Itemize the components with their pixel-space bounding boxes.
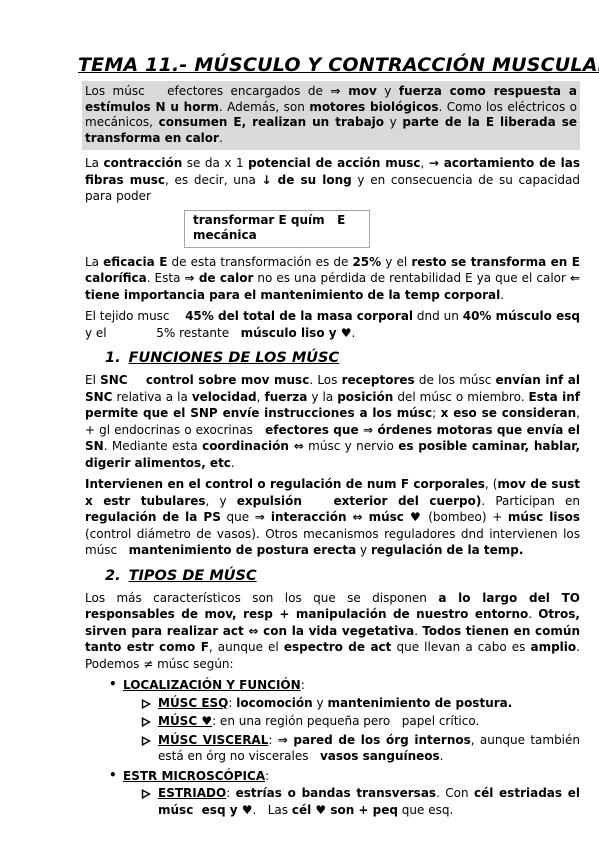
subbullet-text: MÚSC ♥: en una región pequeña pero papel… bbox=[158, 714, 479, 728]
bullet-localizacion-funcion: •LOCALIZACIÓN Y FUNCIÓN: bbox=[85, 677, 580, 694]
subbullet-text: ESTRIADO: estrías o bandas transversas. … bbox=[158, 786, 580, 817]
bullet-header: ESTR MICROSCÓPICA: bbox=[123, 769, 269, 783]
heading-label: FUNCIONES DE LOS MÚSC bbox=[129, 350, 340, 366]
arrowhead-bullet-icon bbox=[141, 736, 151, 746]
bullet-icon: • bbox=[109, 676, 117, 693]
paragraph-tejido-muscular: El tejido musc 45% del total de la masa … bbox=[85, 308, 580, 341]
page-title: TEMA 11.- MÚSCULO Y CONTRACCIÓN MUSCULAR bbox=[78, 54, 580, 76]
heading-label: TIPOS DE MÚSC bbox=[129, 568, 257, 584]
document-page: TEMA 11.- MÚSCULO Y CONTRACCIÓN MUSCULAR… bbox=[0, 0, 599, 818]
arrowhead-bullet-icon bbox=[141, 717, 151, 727]
heading-number: 2. bbox=[105, 568, 121, 584]
bullet-header: LOCALIZACIÓN Y FUNCIÓN: bbox=[123, 678, 305, 692]
paragraph-contraccion: La contracción se da x 1 potencial de ac… bbox=[85, 155, 580, 205]
bullet-estr-microscopica: •ESTR MICROSCÓPICA: bbox=[85, 768, 580, 785]
transform-energy-box: transformar E quím E mecánica bbox=[184, 210, 370, 248]
intro-highlight-paragraph: Los músc efectores encargados de ⇒ mov y… bbox=[82, 81, 580, 150]
subbullet-musc-cardiaco: MÚSC ♥: en una región pequeña pero papel… bbox=[85, 713, 580, 730]
arrowhead-bullet-icon bbox=[141, 699, 151, 709]
paragraph-intervienen: Intervienen en el control o regulación d… bbox=[85, 476, 580, 559]
subbullet-text: MÚSC VISCERAL: ⇒ pared de los órg intern… bbox=[158, 733, 580, 764]
subbullet-estriado: ESTRIADO: estrías o bandas transversas. … bbox=[85, 785, 580, 818]
subbullet-musc-visceral: MÚSC VISCERAL: ⇒ pared de los órg intern… bbox=[85, 732, 580, 765]
paragraph-caracteristicos: Los más característicos son los que se d… bbox=[85, 590, 580, 673]
paragraph-eficacia: La eficacia E de esta transformación es … bbox=[85, 254, 580, 304]
section-heading-funciones: 1.FUNCIONES DE LOS MÚSC bbox=[105, 350, 580, 366]
subbullet-text: MÚSC ESQ: locomoción y mantenimiento de … bbox=[158, 696, 512, 710]
section-heading-tipos: 2.TIPOS DE MÚSC bbox=[105, 568, 580, 584]
bullet-icon: • bbox=[109, 767, 117, 784]
arrowhead-bullet-icon bbox=[141, 789, 151, 799]
heading-number: 1. bbox=[105, 350, 121, 366]
subbullet-musc-esq: MÚSC ESQ: locomoción y mantenimiento de … bbox=[85, 695, 580, 712]
paragraph-snc: El SNC control sobre mov musc. Los recep… bbox=[85, 372, 580, 471]
